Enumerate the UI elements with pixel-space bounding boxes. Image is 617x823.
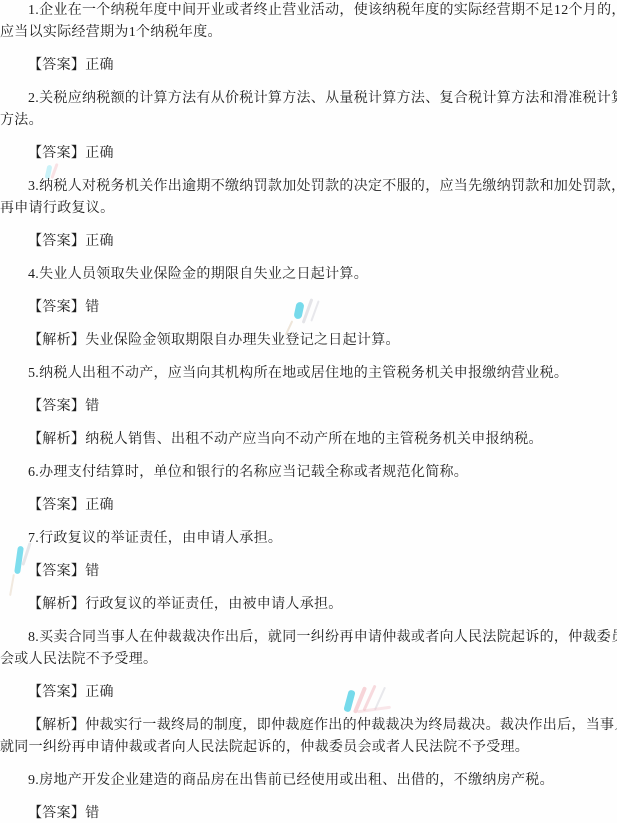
document-body: 1.企业在一个纳税年度中间开业或者终止营业活动，使该纳税年度的实际经营期不足12…: [0, 0, 617, 823]
answer-text-line: 【答案】正确: [0, 682, 617, 704]
answer-paragraph: 【答案】错: [0, 803, 617, 823]
answer-text-line: 【答案】错: [0, 561, 617, 583]
analysis-paragraph: 【解析】行政复议的举证责任，由被申请人承担。: [0, 594, 617, 616]
answer-text-line: 【答案】错: [0, 297, 617, 319]
answer-text-line: 【答案】错: [0, 396, 617, 418]
answer-text-line: 【答案】正确: [0, 143, 617, 165]
question-paragraph: 6.办理支付结算时，单位和银行的名称应当记载全称或者规范化简称。: [0, 462, 617, 484]
analysis-paragraph: 【解析】失业保险金领取期限自办理失业登记之日起计算。: [0, 330, 617, 352]
question-text-line: 7.行政复议的举证责任，由申请人承担。: [0, 528, 617, 550]
answer-paragraph: 【答案】正确: [0, 495, 617, 517]
answer-text-line: 【答案】正确: [0, 55, 617, 77]
answer-text-line: 【答案】正确: [0, 231, 617, 253]
question-paragraph: 8.买卖合同当事人在仲裁裁决作出后，就同一纠纷再申请仲裁或者向人民法院起诉的，仲…: [0, 627, 617, 671]
question-text-line: 5.纳税人出租不动产，应当向其机构所在地或居住地的主管税务机关申报缴纳营业税。: [0, 363, 617, 385]
question-text-line: 3.纳税人对税务机关作出逾期不缴纳罚款加处罚款的决定不服的，应当先缴纳罚款和加处…: [0, 176, 617, 198]
question-text-line: 8.买卖合同当事人在仲裁裁决作出后，就同一纠纷再申请仲裁或者向人民法院起诉的，仲…: [0, 627, 617, 649]
question-text-line: 会或人民法院不予受理。: [0, 649, 617, 671]
answer-paragraph: 【答案】正确: [0, 682, 617, 704]
analysis-text-line: 【解析】纳税人销售、出租不动产应当向不动产所在地的主管税务机关申报纳税。: [0, 429, 617, 451]
question-paragraph: 3.纳税人对税务机关作出逾期不缴纳罚款加处罚款的决定不服的，应当先缴纳罚款和加处…: [0, 176, 617, 220]
question-text-line: 2.关税应纳税额的计算方法有从价税计算方法、从量税计算方法、复合税计算方法和滑准…: [0, 88, 617, 110]
answer-paragraph: 【答案】错: [0, 396, 617, 418]
question-text-line: 6.办理支付结算时，单位和银行的名称应当记载全称或者规范化简称。: [0, 462, 617, 484]
answer-paragraph: 【答案】错: [0, 297, 617, 319]
analysis-text-line: 【解析】行政复议的举证责任，由被申请人承担。: [0, 594, 617, 616]
answer-paragraph: 【答案】正确: [0, 231, 617, 253]
question-paragraph: 1.企业在一个纳税年度中间开业或者终止营业活动，使该纳税年度的实际经营期不足12…: [0, 0, 617, 44]
analysis-text-line: 就同一纠纷再申请仲裁或者向人民法院起诉的，仲裁委员会或者人民法院不予受理。: [0, 737, 617, 759]
question-paragraph: 5.纳税人出租不动产，应当向其机构所在地或居住地的主管税务机关申报缴纳营业税。: [0, 363, 617, 385]
question-paragraph: 9.房地产开发企业建造的商品房在出售前已经使用或出租、出借的，不缴纳房产税。: [0, 770, 617, 792]
answer-text-line: 【答案】错: [0, 803, 617, 823]
document-page: 1.企业在一个纳税年度中间开业或者终止营业活动，使该纳税年度的实际经营期不足12…: [0, 0, 617, 823]
question-text-line: 再申请行政复议。: [0, 198, 617, 220]
question-text-line: 9.房地产开发企业建造的商品房在出售前已经使用或出租、出借的，不缴纳房产税。: [0, 770, 617, 792]
analysis-paragraph: 【解析】仲裁实行一裁终局的制度，即仲裁庭作出的仲裁裁决为终局裁决。裁决作出后，当…: [0, 715, 617, 759]
analysis-paragraph: 【解析】纳税人销售、出租不动产应当向不动产所在地的主管税务机关申报纳税。: [0, 429, 617, 451]
answer-paragraph: 【答案】正确: [0, 143, 617, 165]
question-text-line: 1.企业在一个纳税年度中间开业或者终止营业活动，使该纳税年度的实际经营期不足12…: [0, 0, 617, 22]
analysis-text-line: 【解析】仲裁实行一裁终局的制度，即仲裁庭作出的仲裁裁决为终局裁决。裁决作出后，当…: [0, 715, 617, 737]
question-paragraph: 4.失业人员领取失业保险金的期限自失业之日起计算。: [0, 264, 617, 286]
question-text-line: 4.失业人员领取失业保险金的期限自失业之日起计算。: [0, 264, 617, 286]
question-paragraph: 7.行政复议的举证责任，由申请人承担。: [0, 528, 617, 550]
answer-paragraph: 【答案】正确: [0, 55, 617, 77]
answer-paragraph: 【答案】错: [0, 561, 617, 583]
question-text-line: 方法。: [0, 110, 617, 132]
analysis-text-line: 【解析】失业保险金领取期限自办理失业登记之日起计算。: [0, 330, 617, 352]
answer-text-line: 【答案】正确: [0, 495, 617, 517]
question-text-line: 应当以实际经营期为1个纳税年度。: [0, 22, 617, 44]
question-paragraph: 2.关税应纳税额的计算方法有从价税计算方法、从量税计算方法、复合税计算方法和滑准…: [0, 88, 617, 132]
